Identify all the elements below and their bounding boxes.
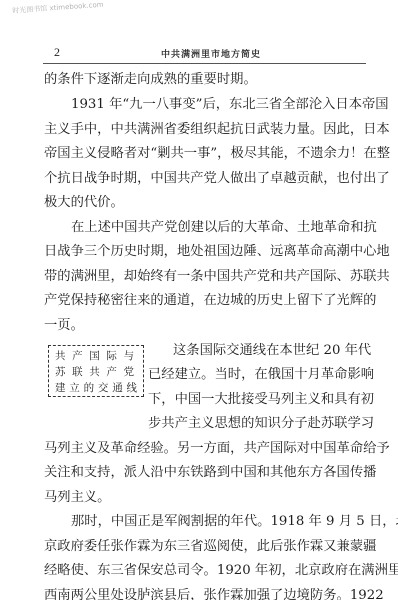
text-line: 京政府委任张作霖为东三省巡阅使，此后张作霖又兼蒙疆	[44, 538, 364, 556]
text-line: 关注和支持，派人沿中东铁路到中国和其他东方各国传播	[44, 464, 364, 482]
text-line: 马列主义。	[44, 489, 364, 507]
page-number: 2	[54, 45, 60, 60]
text-line: 西南两公里处设胪滨县后，张作霖加强了边境防务。1922	[44, 587, 364, 600]
text-line: 经略使、东三省保安总司令。1920 年初，北京政府在满洲里	[44, 562, 364, 580]
text-line: 在上述中国共产党创建以后的大革命、土地革命和抗	[71, 219, 364, 237]
margin-note-box: 共产国际与 苏联共产党 建立的交通线	[48, 345, 144, 397]
text-line: 马列主义及革命经验。另一方面，共产国际对中国革命给予	[44, 440, 364, 458]
text-line: 这条国际交通线在本世纪 20 年代	[173, 342, 364, 360]
text-line: 1931 年“九一八事变”后，东北三省全部沦入日本帝国	[71, 96, 364, 114]
margin-note-line: 苏联共产党	[55, 364, 137, 380]
text-line: 步共产主义思想的知识分子赴苏联学习	[148, 415, 364, 433]
text-line: 产党保持秘密往来的通道，在边城的历史上留下了光辉的	[44, 292, 364, 310]
text-line: 一页。	[44, 317, 364, 335]
text-line: 带的满洲里，却始终有一条中国共产党和共产国际、苏联共	[44, 268, 364, 286]
text-line: 日战争三个历史时期，地处祖国边陲、远离革命高潮中心地	[44, 243, 364, 261]
text-line: 个抗日战争时期，中国共产党人做出了卓越贡献，也付出了	[44, 170, 364, 188]
running-title: 中共满洲里市地方简史	[161, 47, 261, 60]
page-header: 2 中共满洲里市地方简史	[43, 44, 366, 64]
margin-note-line: 建立的交通线	[55, 380, 137, 396]
watermark: 时光图书馆 xtimebook.com	[12, 0, 104, 16]
text-line: 已经建立。当时，在俄国十月革命影响	[148, 366, 364, 384]
text-line: 极大的代价。	[44, 194, 364, 212]
margin-note-line: 共产国际与	[55, 348, 137, 364]
text-line: 主义手中，中共满洲省委组织起抗日武装力量。因此，日本	[44, 121, 364, 139]
text-line: 帝国主义侵略者对“剿共一事”，极尽其能，不遗余力！在整	[44, 145, 364, 163]
header-rule	[43, 63, 366, 64]
text-line: 那时，中国正是军阀割据的年代。1918 年 9 月 5 日，北	[71, 513, 364, 531]
text-line: 的条件下逐渐走向成熟的重要时期。	[44, 71, 364, 89]
text-line: 下，中国一大批接受马列主义和具有初	[148, 391, 364, 409]
